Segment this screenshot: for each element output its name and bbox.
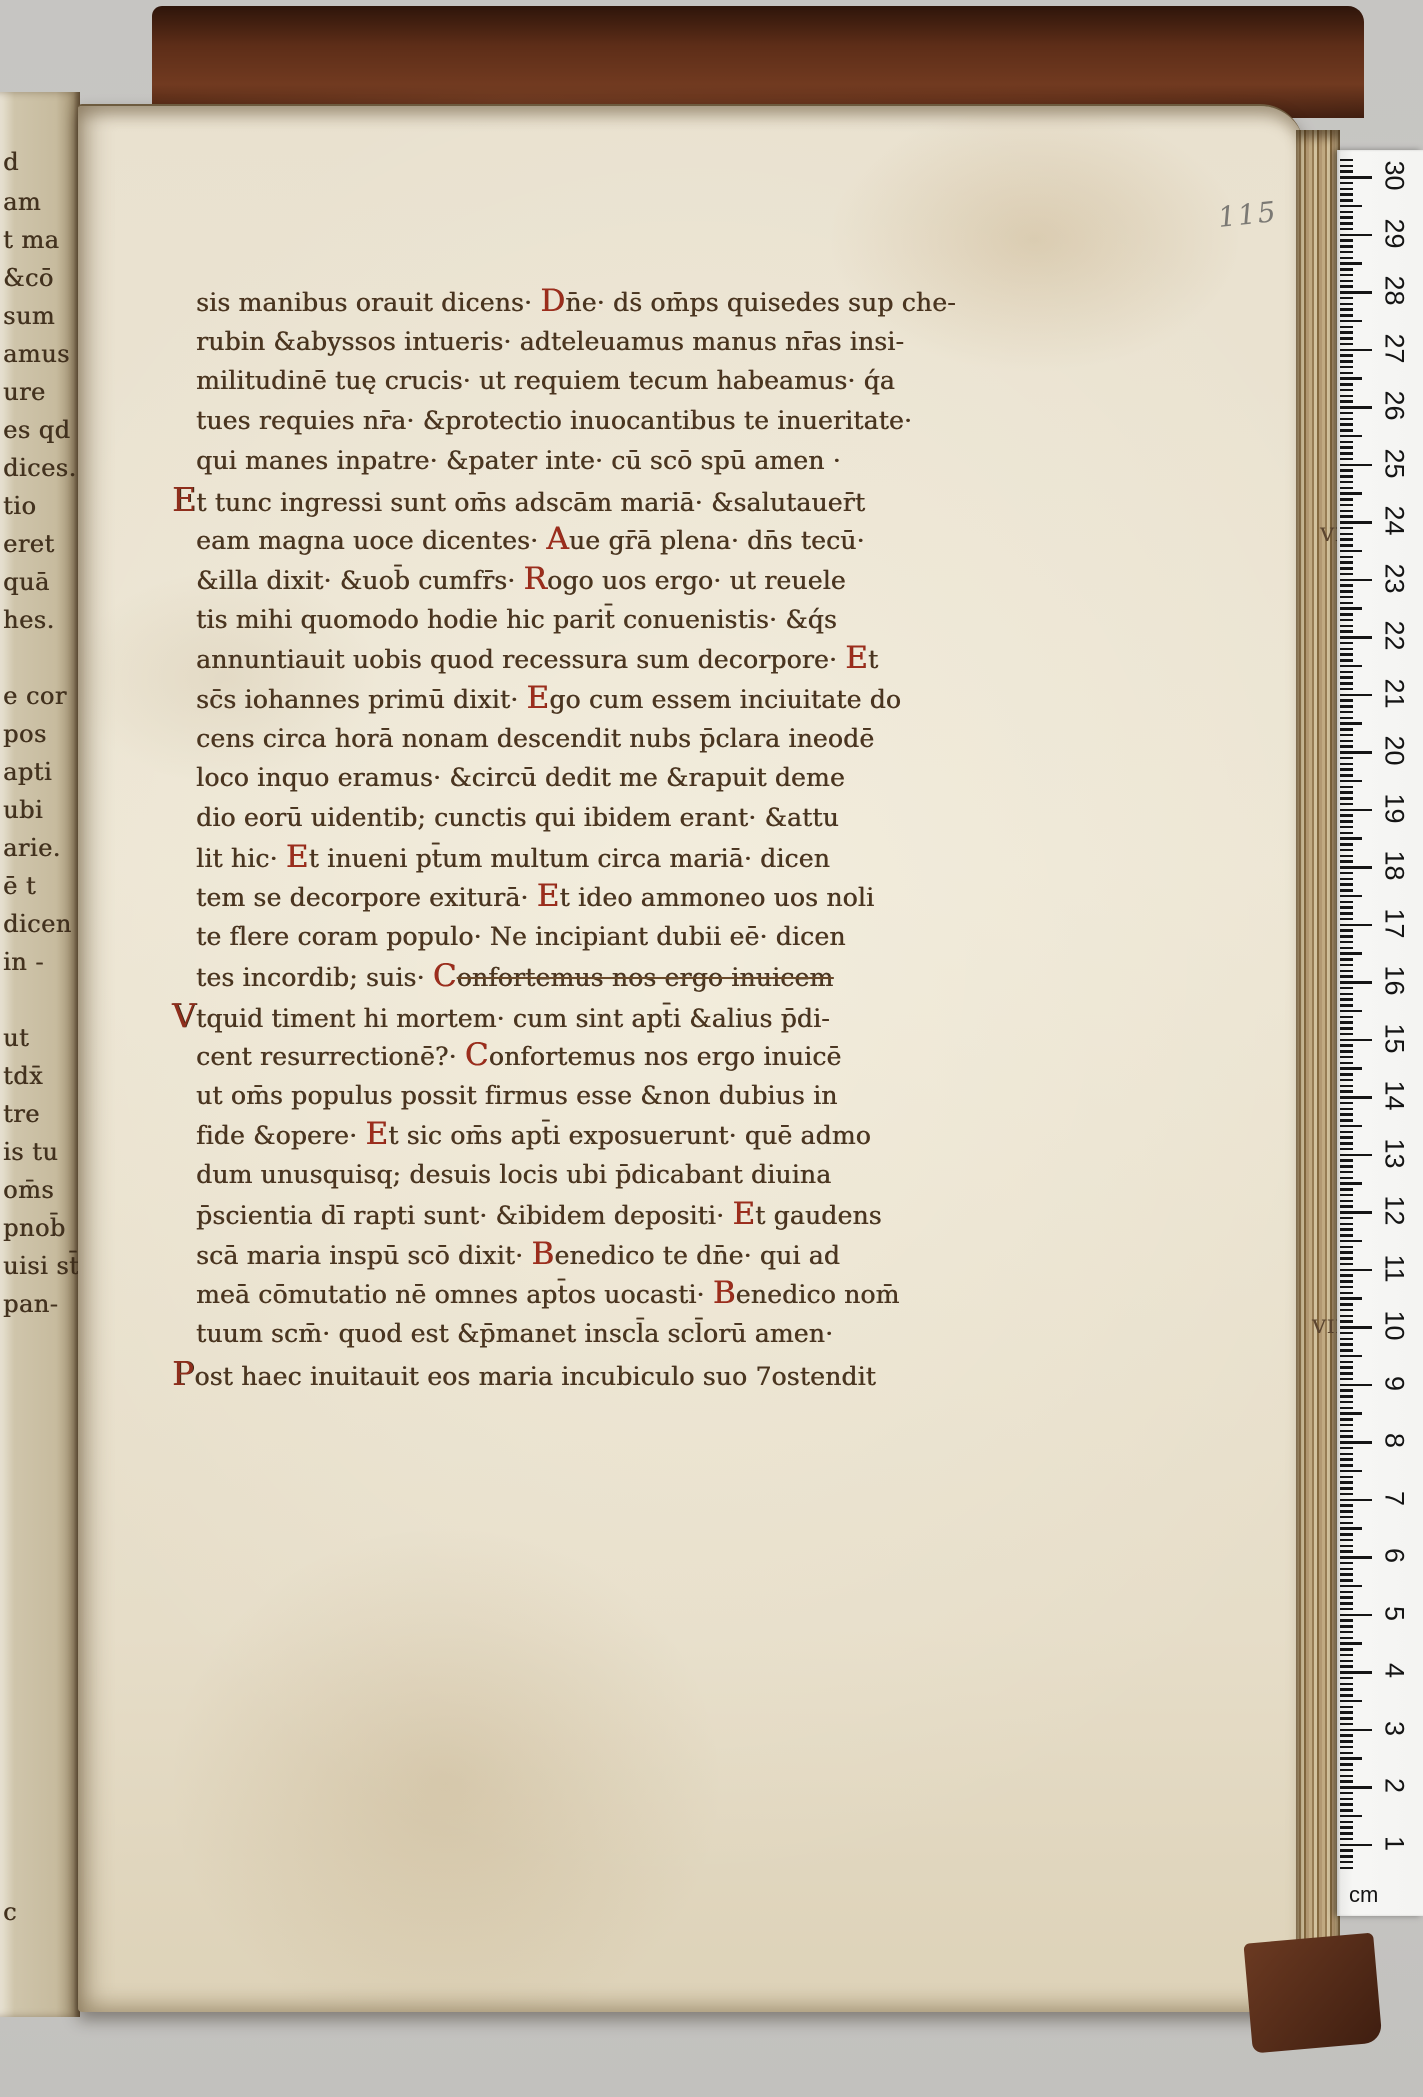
ruler-mm-tick (1340, 458, 1353, 461)
ruler-mm-tick (1340, 1803, 1353, 1806)
ruler-mm-tick (1340, 659, 1353, 662)
ruler-number: 18 (1379, 843, 1410, 889)
ruler-mm-tick (1340, 1303, 1353, 1306)
ruler-mm-tick (1340, 1102, 1353, 1105)
ruler-mm-tick (1340, 1815, 1362, 1818)
manuscript-text-line: annuntiauit uobis quod recessura sum dec… (196, 639, 926, 679)
ruler-mm-tick (1340, 1200, 1353, 1203)
ruler-mm-tick (1340, 280, 1353, 283)
ruler-number: 4 (1379, 1648, 1410, 1694)
facing-page-text-fragment: ē t (3, 872, 36, 900)
ruler-number: 5 (1379, 1590, 1410, 1636)
ruler-mm-tick (1340, 429, 1353, 432)
ruler-mm-tick (1340, 492, 1362, 495)
rubricated-initial: E (365, 1116, 388, 1152)
ruler-mm-tick (1340, 837, 1362, 840)
ruler-mm-tick (1340, 550, 1362, 553)
ruler-mm-tick (1340, 717, 1353, 720)
ruler-mm-tick (1340, 1832, 1353, 1835)
ruler-mm-tick (1340, 768, 1353, 771)
manuscript-text-line: ut om̄s populus possit firmus esse &non … (196, 1076, 926, 1116)
ruler-mm-tick (1340, 527, 1353, 530)
manuscript-text-line: &illa dixit· &uob̄ cumfr̄s· Rogo uos erg… (196, 560, 926, 600)
text-segment: qui manes inpatre· &pater inte· cū scō s… (196, 446, 841, 475)
ruler-mm-tick (1340, 193, 1353, 196)
ruler-mm-tick (1340, 308, 1353, 311)
facing-page-text-fragment: hes. (3, 606, 55, 634)
ruler-mm-tick (1340, 1809, 1353, 1812)
ruler-mm-tick (1340, 918, 1353, 921)
ruler-mm-tick (1340, 498, 1353, 501)
ruler-mm-tick (1340, 1062, 1353, 1065)
ruler-mm-tick (1340, 1769, 1353, 1772)
manuscript-text-line: dum unusquisq; desuis locis ubi p̄dicaba… (196, 1155, 926, 1195)
ruler-mm-tick (1340, 1366, 1353, 1369)
ruler-mm-tick (1340, 912, 1353, 915)
ruler-mm-tick (1340, 216, 1353, 219)
ruler-cm-tick (1340, 636, 1372, 639)
ruler-mm-tick (1340, 504, 1353, 507)
ruler-cm-tick (1340, 1039, 1372, 1042)
ruler-number: 19 (1379, 785, 1410, 831)
ruler-cm-tick (1340, 1729, 1372, 1732)
ruler-cm-tick (1340, 1844, 1372, 1847)
ruler-mm-tick (1340, 929, 1353, 932)
ruler-number: 7 (1379, 1475, 1410, 1521)
facing-page-text-fragment: om̄s (3, 1176, 54, 1204)
ruler-mm-tick (1340, 285, 1353, 288)
ruler-mm-tick (1340, 774, 1353, 777)
ruler-mm-tick (1340, 389, 1353, 392)
ruler-mm-tick (1340, 1579, 1353, 1582)
ruler-mm-tick (1340, 567, 1353, 570)
ruler-cm-tick (1340, 1154, 1372, 1157)
ruler-mm-tick (1340, 602, 1353, 605)
text-segment: scā maria inspū scō dixit· (196, 1241, 531, 1270)
ruler-mm-tick (1340, 889, 1353, 892)
manuscript-text-line: cent resurrectionē?· Confortemus nos erg… (196, 1036, 926, 1076)
facing-page-text-fragment: e cor (3, 682, 67, 710)
manuscript-text-line: rubin &abyssos intueris· adteleuamus man… (196, 322, 926, 362)
ruler-mm-tick (1340, 1171, 1353, 1174)
ruler-mm-tick (1340, 441, 1353, 444)
ruler-mm-tick (1340, 590, 1353, 593)
ruler-mm-tick (1340, 711, 1353, 714)
ruler-mm-tick (1340, 1418, 1353, 1421)
rubricated-initial: R (523, 561, 547, 597)
ruler-mm-tick (1340, 1458, 1353, 1461)
manuscript-text-line: p̄scientia dī rapti sunt· &ibidem deposi… (196, 1195, 926, 1235)
ruler-mm-tick (1340, 676, 1353, 679)
ruler-mm-tick (1340, 205, 1362, 208)
ruler-number: 16 (1379, 958, 1410, 1004)
ruler-mm-tick (1340, 671, 1353, 674)
ruler-mm-tick (1340, 1688, 1353, 1691)
ruler-mm-tick (1340, 1257, 1353, 1260)
ruler-mm-tick (1340, 320, 1362, 323)
ruler-cm-tick (1340, 1614, 1372, 1617)
ruler-mm-tick (1340, 958, 1353, 961)
ruler-mm-tick (1340, 1159, 1353, 1162)
ruler-mm-tick (1340, 1286, 1353, 1289)
ruler-mm-tick (1340, 1591, 1353, 1594)
ruler-mm-tick (1340, 832, 1353, 835)
ruler-mm-tick (1340, 964, 1353, 967)
rubricated-initial: E (732, 1196, 755, 1232)
text-segment: p̄scientia dī rapti sunt· &ibidem deposi… (196, 1201, 732, 1230)
ruler-mm-tick (1340, 211, 1353, 214)
ruler-mm-tick (1340, 257, 1353, 260)
facing-page-text-fragment: ure (3, 378, 46, 406)
ruler-mm-tick (1340, 1562, 1353, 1565)
manuscript-text-line: militudinē tuę crucis· ut requiem tecum … (196, 361, 926, 401)
ruler-cm-tick (1340, 1499, 1372, 1502)
ruler-mm-tick (1340, 843, 1353, 846)
ruler-mm-tick (1340, 1637, 1353, 1640)
ruler-number: 1 (1379, 1820, 1410, 1866)
text-segment: ogo uos ergo· ut reuele (547, 566, 846, 595)
manuscript-text-line: sc̄s iohannes primū dixit· Ego cum essem… (196, 679, 926, 719)
facing-page-text-fragment: amus (3, 340, 70, 368)
ruler-mm-tick (1340, 786, 1353, 789)
ruler-mm-tick (1340, 1332, 1353, 1335)
ruler-mm-tick (1340, 314, 1353, 317)
ruler-mm-tick (1340, 1700, 1362, 1703)
ruler-mm-tick (1340, 1665, 1353, 1668)
ruler-mm-tick (1340, 1188, 1353, 1191)
ruler-mm-tick (1340, 1585, 1362, 1588)
ruler-mm-tick (1340, 722, 1362, 725)
rubricated-initial: P (172, 1354, 194, 1393)
ruler-mm-tick (1340, 1044, 1353, 1047)
ruler-mm-tick (1340, 268, 1353, 271)
ruler-mm-tick (1340, 245, 1353, 248)
manuscript-text-line: dio eorū uidentib; cunctis qui ibidem er… (196, 798, 926, 838)
ruler-mm-tick (1340, 165, 1353, 168)
ruler-mm-tick (1340, 1355, 1362, 1358)
ruler-mm-tick (1340, 1522, 1353, 1525)
ruler-mm-tick (1340, 228, 1353, 231)
manuscript-textblock: sis manibus orauit dicens· Dn̄e· ds̄ om̄… (196, 282, 926, 1393)
struck-text-segment: onfortemus nos ergo inuicem (457, 963, 834, 992)
ruler-mm-tick (1340, 1050, 1353, 1053)
ruler-mm-tick (1340, 1395, 1353, 1398)
ruler-mm-tick (1340, 383, 1353, 386)
rubricated-initial: B (713, 1275, 736, 1311)
ruler-mm-tick (1340, 251, 1353, 254)
ruler-mm-tick (1340, 1660, 1353, 1663)
ruler-mm-tick (1340, 1625, 1353, 1628)
text-segment: t ideo ammoneo uos noli (559, 883, 874, 912)
ruler-mm-tick (1340, 745, 1353, 748)
ruler-number: 11 (1379, 1245, 1410, 1291)
ruler-mm-tick (1340, 199, 1353, 202)
ruler-mm-tick (1340, 975, 1353, 978)
facing-page-text-fragment: tio (3, 492, 36, 520)
manuscript-text-line: tis mihi quomodo hodie hic parit̄ conuen… (196, 600, 926, 640)
ruler-mm-tick (1340, 1131, 1353, 1134)
manuscript-text-line: Et tunc ingressi sunt om̄s adscām mariā·… (196, 480, 926, 520)
ruler-mm-tick (1340, 1125, 1362, 1128)
ruler-mm-tick (1340, 1401, 1353, 1404)
ruler-cm-tick (1340, 751, 1372, 754)
rubricated-initial: E (526, 680, 549, 716)
ruler-mm-tick (1340, 1723, 1353, 1726)
ruler-mm-tick (1340, 1481, 1353, 1484)
ruler-mm-tick (1340, 1545, 1353, 1548)
ruler-cm-tick (1340, 406, 1372, 409)
ruler-mm-tick (1340, 1108, 1353, 1111)
ruler-mm-tick (1340, 1706, 1353, 1709)
ruler-mm-tick (1340, 1412, 1362, 1415)
ruler-mm-tick (1340, 584, 1353, 587)
rubricated-initial: C (465, 1037, 489, 1073)
ruler-number: 25 (1379, 440, 1410, 486)
ruler-cm-tick (1340, 1326, 1372, 1329)
ruler-mm-tick (1340, 699, 1353, 702)
ruler-mm-tick (1340, 1280, 1353, 1283)
rubricated-initial: A (546, 521, 569, 557)
ruler-mm-tick (1340, 1424, 1353, 1427)
ruler-number: 27 (1379, 325, 1410, 371)
ruler-mm-tick (1340, 757, 1353, 760)
ruler-mm-tick (1340, 1861, 1353, 1864)
text-segment: fide &opere· (196, 1121, 365, 1150)
rubricated-initial: E (286, 839, 309, 875)
ruler-number: 26 (1379, 383, 1410, 429)
ruler-mm-tick (1340, 1090, 1353, 1093)
ruler-mm-tick (1340, 556, 1353, 559)
ruler-mm-tick (1340, 1228, 1353, 1231)
ruler-mm-tick (1340, 544, 1353, 547)
ruler-cm-tick (1340, 234, 1372, 237)
ruler-mm-tick (1340, 1631, 1353, 1634)
ruler-cm-tick (1340, 464, 1372, 467)
ruler-mm-tick (1340, 1056, 1353, 1059)
facing-page-text-fragment: tre (3, 1100, 40, 1128)
manuscript-text-line: scā maria inspū scō dixit· Benedico te d… (196, 1235, 926, 1275)
ruler-number: 9 (1379, 1360, 1410, 1406)
ruler-mm-tick (1340, 1798, 1353, 1801)
rubricated-initial: E (537, 878, 560, 914)
facing-page-text-fragment: dices. (3, 454, 77, 482)
ruler-cm-tick (1340, 349, 1372, 352)
facing-page-text-fragment: pan- (3, 1290, 58, 1318)
manuscript-text-line: meā cōmutatio nē omnes apt̄os uocasti· B… (196, 1274, 926, 1314)
folio-number: 115 (1216, 195, 1279, 234)
ruler-mm-tick (1340, 1867, 1353, 1870)
ruler-mm-tick (1340, 653, 1353, 656)
ruler-mm-tick (1340, 872, 1353, 875)
ruler-mm-tick (1340, 1349, 1353, 1352)
ruler-mm-tick (1340, 1573, 1353, 1576)
ruler-mm-tick (1340, 1734, 1353, 1737)
ruler-mm-tick (1340, 538, 1353, 541)
ruler-mm-tick (1340, 412, 1353, 415)
facing-page-edge: damt ma&cōsumamusurees qddices.tioeretqu… (0, 92, 80, 2017)
ruler-mm-tick (1340, 274, 1353, 277)
text-segment: te flere coram populo· Ne incipiant dubi… (196, 922, 846, 951)
ruler-number: 24 (1379, 498, 1410, 544)
text-segment: &illa dixit· &uob̄ cumfr̄s· (196, 566, 523, 595)
manuscript-text-line: sis manibus orauit dicens· Dn̄e· ds̄ om̄… (196, 282, 926, 322)
text-segment: dio eorū uidentib; cunctis qui ibidem er… (196, 803, 839, 832)
text-segment: tquid timent hi mortem· cum sint apt̄i &… (196, 1004, 830, 1033)
facing-page-text-fragment: sum (3, 302, 55, 330)
ruler-mm-tick (1340, 1533, 1353, 1536)
ruler-mm-tick (1340, 906, 1353, 909)
ruler-mm-tick (1340, 423, 1353, 426)
ruler-mm-tick (1340, 435, 1362, 438)
rubricated-initial: V (172, 996, 196, 1035)
ruler-mm-tick (1340, 642, 1353, 645)
text-segment: ost haec inuitauit eos maria incubiculo … (194, 1362, 876, 1391)
ruler-mm-tick (1340, 1343, 1353, 1346)
ruler-mm-tick (1340, 941, 1353, 944)
facing-page-text-fragment: tdx̄ (3, 1062, 43, 1090)
ruler-mm-tick (1340, 1619, 1353, 1622)
text-segment: lit hic· (196, 844, 286, 873)
text-segment: tis mihi quomodo hodie hic parit̄ conuen… (196, 605, 837, 634)
ruler-mm-tick (1340, 1711, 1353, 1714)
ruler-mm-tick (1340, 1792, 1353, 1795)
ruler-mm-tick (1340, 1113, 1353, 1116)
ruler-mm-tick (1340, 1504, 1353, 1507)
ruler-cm-tick (1340, 176, 1372, 179)
text-segment: onfortemus nos ergo inuicē (489, 1042, 842, 1071)
text-segment: cent resurrectionē?· (196, 1042, 465, 1071)
ruler-mm-tick (1340, 780, 1362, 783)
ruler-mm-tick (1340, 728, 1353, 731)
ruler-mm-tick (1340, 814, 1353, 817)
ruler-mm-tick (1340, 625, 1353, 628)
ruler-mm-tick (1340, 1855, 1353, 1858)
facing-page-text-fragment: quā (3, 568, 50, 596)
ruler-mm-tick (1340, 182, 1353, 185)
ruler-mm-tick (1340, 1464, 1353, 1467)
facing-page-text-fragment: arie. (3, 834, 61, 862)
ruler-mm-tick (1340, 849, 1353, 852)
ruler-cm-tick (1340, 1441, 1372, 1444)
facing-page-text-fragment: ut (3, 1024, 29, 1052)
ruler-mm-tick (1340, 188, 1353, 191)
ruler-mm-tick (1340, 1372, 1353, 1375)
ruler-number: 21 (1379, 670, 1410, 716)
ruler-mm-tick (1340, 682, 1353, 685)
ruler-mm-tick (1340, 1309, 1353, 1312)
ruler-mm-tick (1340, 297, 1353, 300)
ruler-mm-tick (1340, 1447, 1353, 1450)
ruler-mm-tick (1340, 619, 1353, 622)
ruler-mm-tick (1340, 222, 1353, 225)
facing-page-text-fragment: eret (3, 530, 55, 558)
ruler-mm-tick (1340, 1251, 1353, 1254)
ruler-mm-tick (1340, 1297, 1362, 1300)
ruler-number: 20 (1379, 728, 1410, 774)
ruler-mm-tick (1340, 1338, 1353, 1341)
ruler-mm-tick (1340, 901, 1353, 904)
ruler-mm-tick (1340, 820, 1353, 823)
ruler-mm-tick (1340, 1136, 1353, 1139)
ruler-number: 8 (1379, 1418, 1410, 1464)
text-segment: t gaudens (755, 1201, 882, 1230)
photo-stage: damt ma&cōsumamusurees qddices.tioeretqu… (0, 0, 1423, 2097)
text-segment: annuntiauit uobis quod recessura sum dec… (196, 645, 845, 674)
ruler-mm-tick (1340, 354, 1353, 357)
facing-page-text-fragment: uisi st̄ (3, 1252, 79, 1280)
text-segment: sc̄s iohannes primū dixit· (196, 685, 526, 714)
ruler-mm-tick (1340, 1315, 1353, 1318)
ruler-mm-tick (1340, 360, 1353, 363)
ruler-mm-tick (1340, 993, 1353, 996)
text-segment: enedico te dn̄e· qui ad (554, 1241, 840, 1270)
ruler-mm-tick (1340, 1205, 1353, 1208)
ruler-mm-tick (1340, 855, 1353, 858)
text-segment: ut om̄s populus possit firmus esse &non … (196, 1081, 837, 1110)
ruler-mm-tick (1340, 1320, 1353, 1323)
manuscript-text-line: Vtquid timent hi mortem· cum sint apt̄i … (196, 996, 926, 1036)
ruler-mm-tick (1340, 326, 1353, 329)
ruler-mm-tick (1340, 791, 1353, 794)
text-segment: n̄e· ds̄ om̄ps quisedes sup che- (565, 288, 955, 317)
ruler-mm-tick (1340, 1021, 1353, 1024)
ruler-mm-tick (1340, 1539, 1353, 1542)
ruler-mm-tick (1340, 688, 1353, 691)
ruler-mm-tick (1340, 1838, 1353, 1841)
ruler-number: 23 (1379, 555, 1410, 601)
ruler-mm-tick (1340, 452, 1353, 455)
ruler-mm-tick (1340, 1361, 1353, 1364)
ruler-mm-tick (1340, 1073, 1353, 1076)
ruler-mm-tick (1340, 262, 1362, 265)
book-fore-edge (1296, 130, 1340, 1968)
ruler-cm-tick (1340, 1384, 1372, 1387)
ruler-cm-tick (1340, 291, 1372, 294)
rubricated-initial: C (433, 958, 457, 994)
text-segment: loco inquo eramus· &circū dedit me &rapu… (196, 763, 845, 792)
ruler-mm-tick (1340, 1177, 1353, 1180)
ruler-mm-tick (1340, 1493, 1353, 1496)
ruler-mm-tick (1340, 446, 1353, 449)
ruler-cm-tick (1340, 924, 1372, 927)
ruler-mm-tick (1340, 1746, 1353, 1749)
ruler-cm-tick (1340, 1096, 1372, 1099)
ruler-mm-tick (1340, 1263, 1353, 1266)
ruler-mm-tick (1340, 1079, 1353, 1082)
book-cover-corner (1243, 1933, 1382, 2054)
ruler-mm-tick (1340, 1407, 1353, 1410)
manuscript-text-line: Post haec inuitauit eos maria incubiculo… (196, 1354, 926, 1394)
ruler-mm-tick (1340, 400, 1353, 403)
ruler-mm-tick (1340, 481, 1353, 484)
ruler-mm-tick (1340, 239, 1353, 242)
ruler-mm-tick (1340, 740, 1353, 743)
ruler-mm-tick (1340, 1430, 1353, 1433)
rubricated-initial: E (172, 480, 196, 519)
ruler-mm-tick (1340, 1246, 1353, 1249)
ruler-mm-tick (1340, 1648, 1353, 1651)
ruler-mm-tick (1340, 935, 1353, 938)
manuscript-text-line: loco inquo eramus· &circū dedit me &rapu… (196, 758, 926, 798)
ruler-number: 29 (1379, 210, 1410, 256)
ruler-number: 17 (1379, 900, 1410, 946)
ruler-mm-tick (1340, 1292, 1353, 1295)
manuscript-text-line: fide &opere· Et sic om̄s apt̄i exposueru… (196, 1115, 926, 1155)
ruler-mm-tick (1340, 1596, 1353, 1599)
ruler-number: 12 (1379, 1188, 1410, 1234)
ruler-mm-tick (1340, 648, 1353, 651)
ruler-mm-tick (1340, 1194, 1353, 1197)
